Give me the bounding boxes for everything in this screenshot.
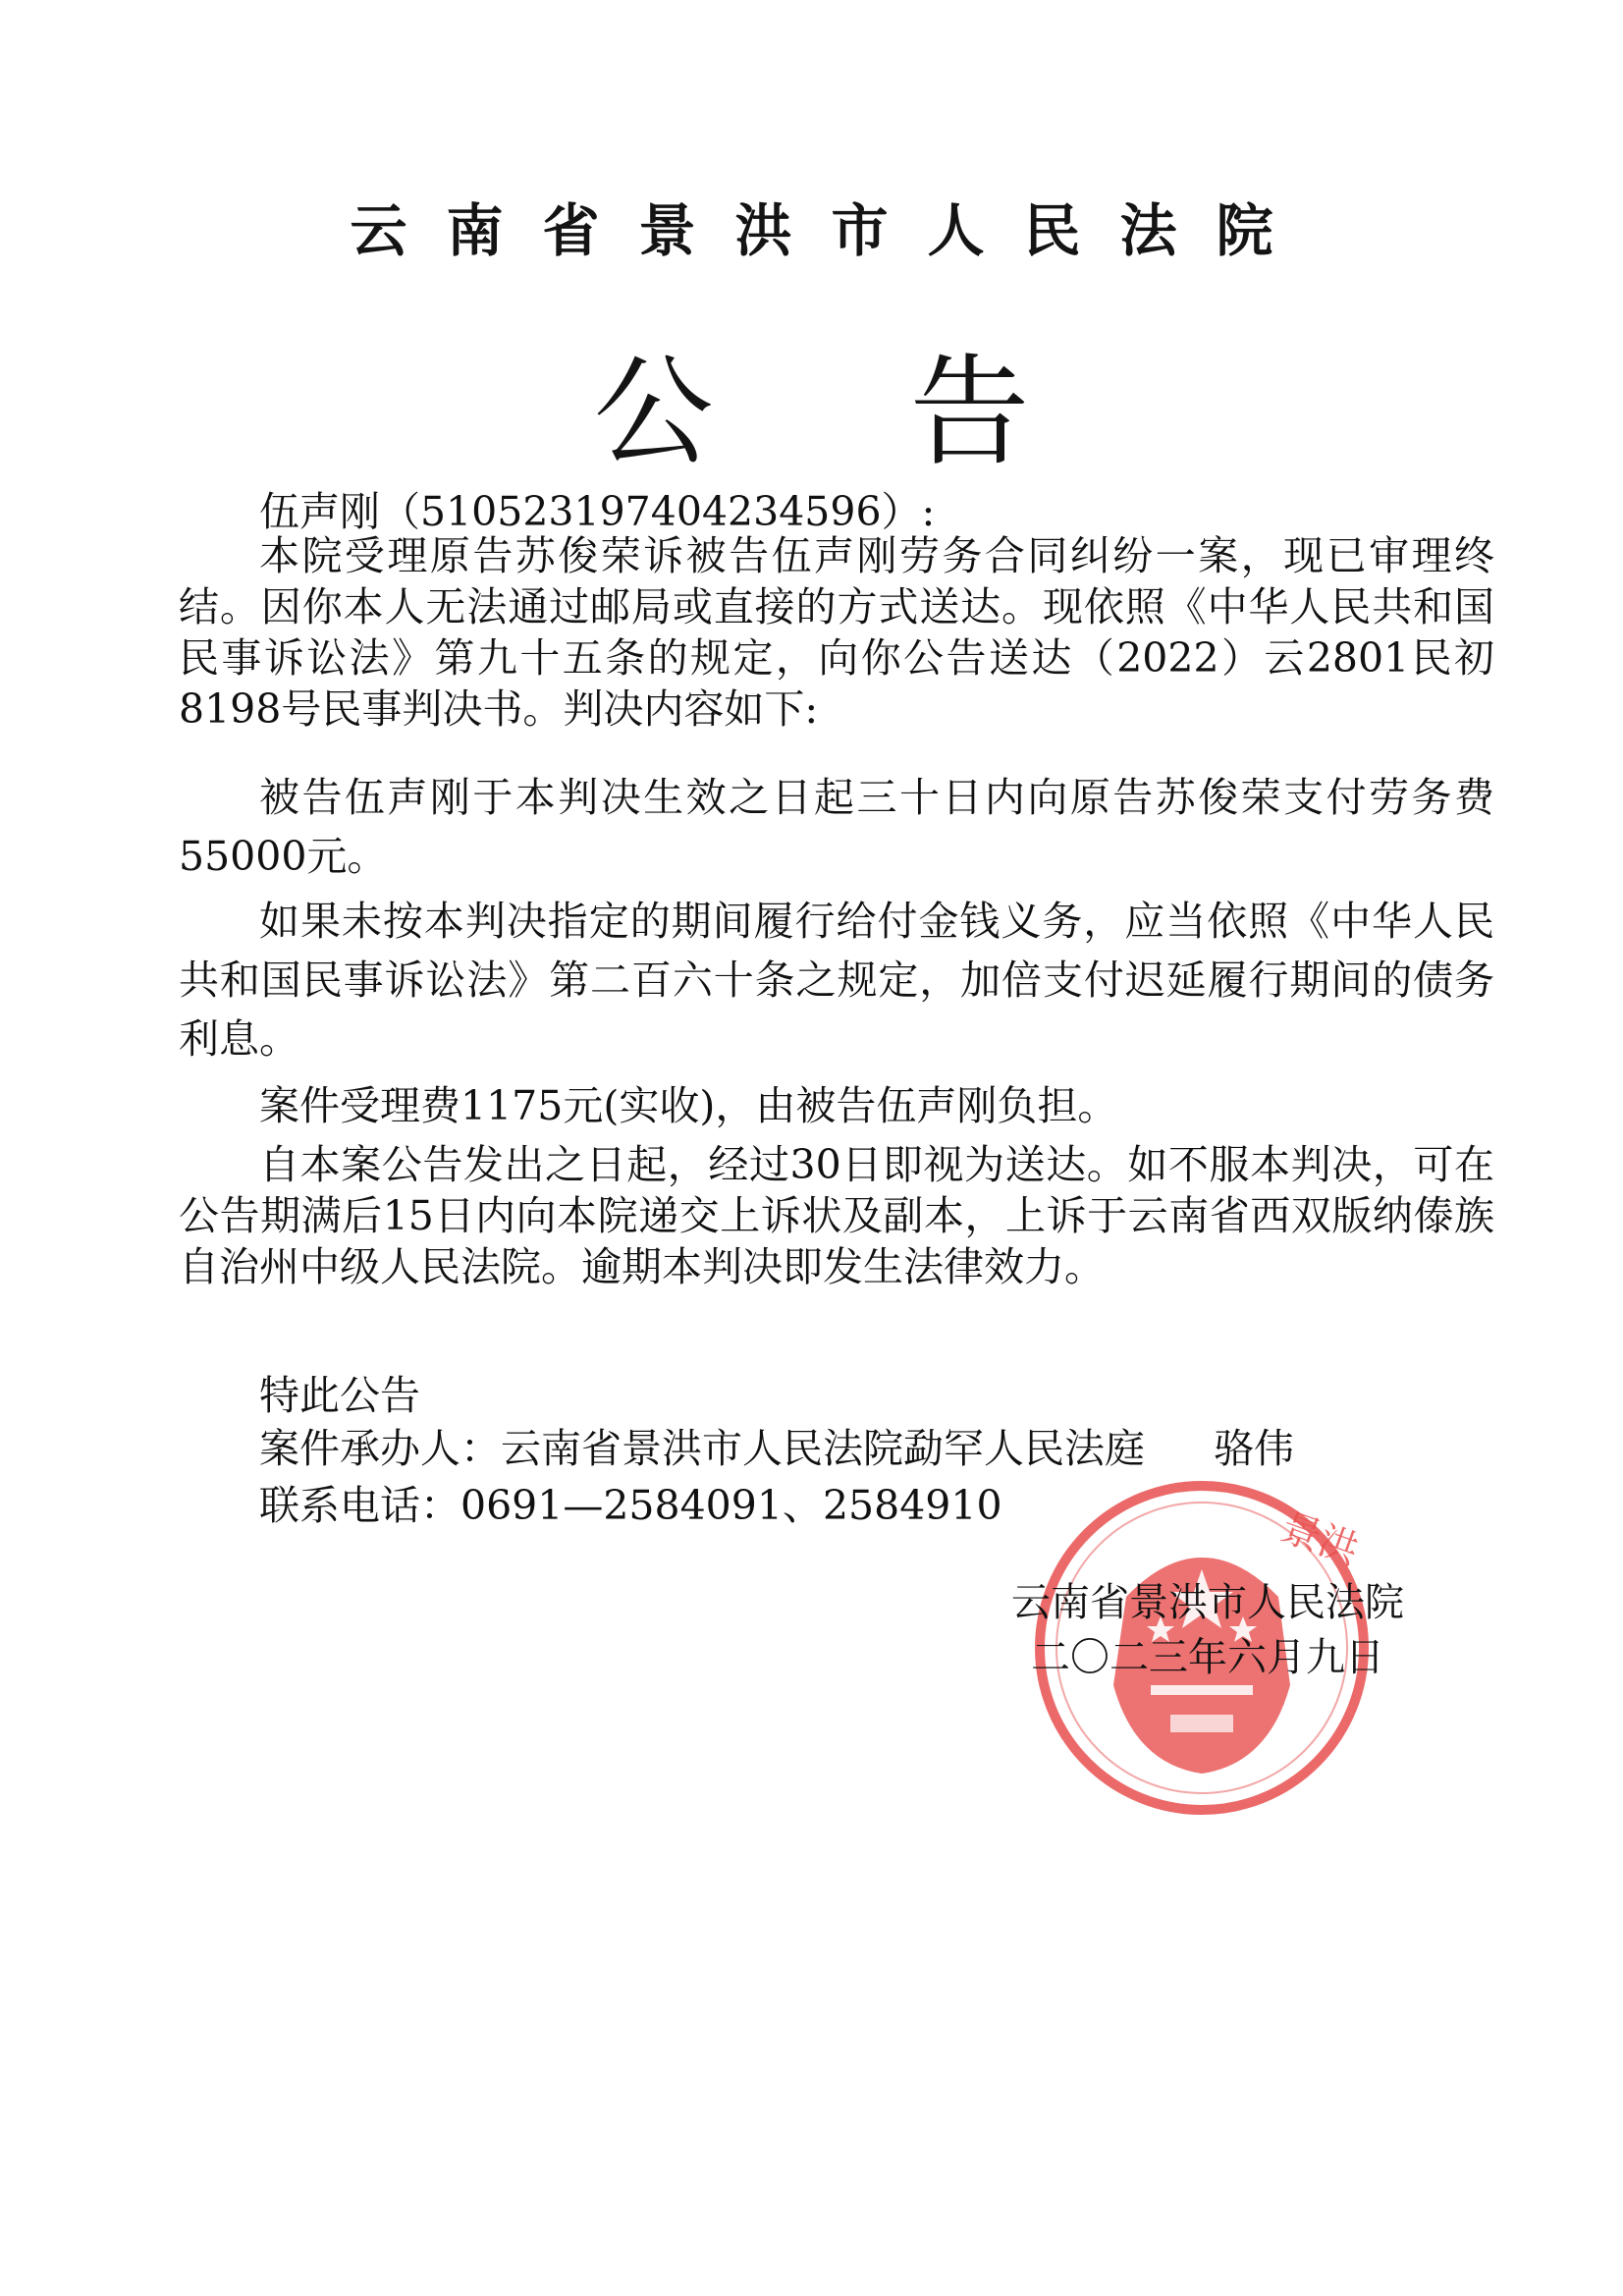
document-title: 公告	[0, 316, 1623, 488]
paragraph-text: 案件受理费1175元(实收)，由被告伍声刚负担。	[179, 1080, 1494, 1131]
closing-statement: 特此公告	[259, 1363, 420, 1421]
handler-name: 骆伟	[1214, 1425, 1294, 1472]
case-handler: 案件承办人：云南省景洪市人民法院勐罕人民法庭骆伟	[259, 1416, 1294, 1474]
paragraph-late-interest: 如果未按本判决指定的期间履行给付金钱义务，应当依照《中华人民共和国民事诉讼法》第…	[179, 892, 1494, 1068]
paragraph-text: 自本案公告发出之日起，经过30日即视为送达。如不服本判决，可在公告期满后15日内…	[179, 1139, 1494, 1292]
court-name-heading: 云南省景洪市人民法院	[0, 185, 1623, 267]
contact-phone: 联系电话：0691—2584091、2584910	[259, 1473, 1002, 1531]
paragraph-case-intro: 本院受理原告苏俊荣诉被告伍声刚劳务合同纠纷一案，现已审理终结。因你本人无法通过邮…	[179, 530, 1494, 735]
issuer-name: 云南省景洪市人民法院	[982, 1575, 1434, 1630]
issue-date: 二〇二三年六月九日	[982, 1630, 1434, 1685]
paragraph-judgment: 被告伍声刚于本判决生效之日起三十日内向原告苏俊荣支付劳务费55000元。	[179, 768, 1494, 886]
paragraph-appeal: 自本案公告发出之日起，经过30日即视为送达。如不服本判决，可在公告期满后15日内…	[179, 1139, 1494, 1292]
paragraph-fee: 案件受理费1175元(实收)，由被告伍声刚负担。	[179, 1080, 1494, 1131]
handler-label: 案件承办人：云南省景洪市人民法院勐罕人民法庭	[259, 1425, 1145, 1472]
paragraph-text: 本院受理原告苏俊荣诉被告伍声刚劳务合同纠纷一案，现已审理终结。因你本人无法通过邮…	[179, 530, 1494, 735]
signature-block: 云南省景洪市人民法院 二〇二三年六月九日	[982, 1575, 1434, 1685]
addressee: 伍声刚（510523197404234596）:	[259, 479, 935, 537]
paragraph-text: 如果未按本判决指定的期间履行给付金钱义务，应当依照《中华人民共和国民事诉讼法》第…	[179, 892, 1494, 1068]
paragraph-text: 被告伍声刚于本判决生效之日起三十日内向原告苏俊荣支付劳务费55000元。	[179, 768, 1494, 886]
